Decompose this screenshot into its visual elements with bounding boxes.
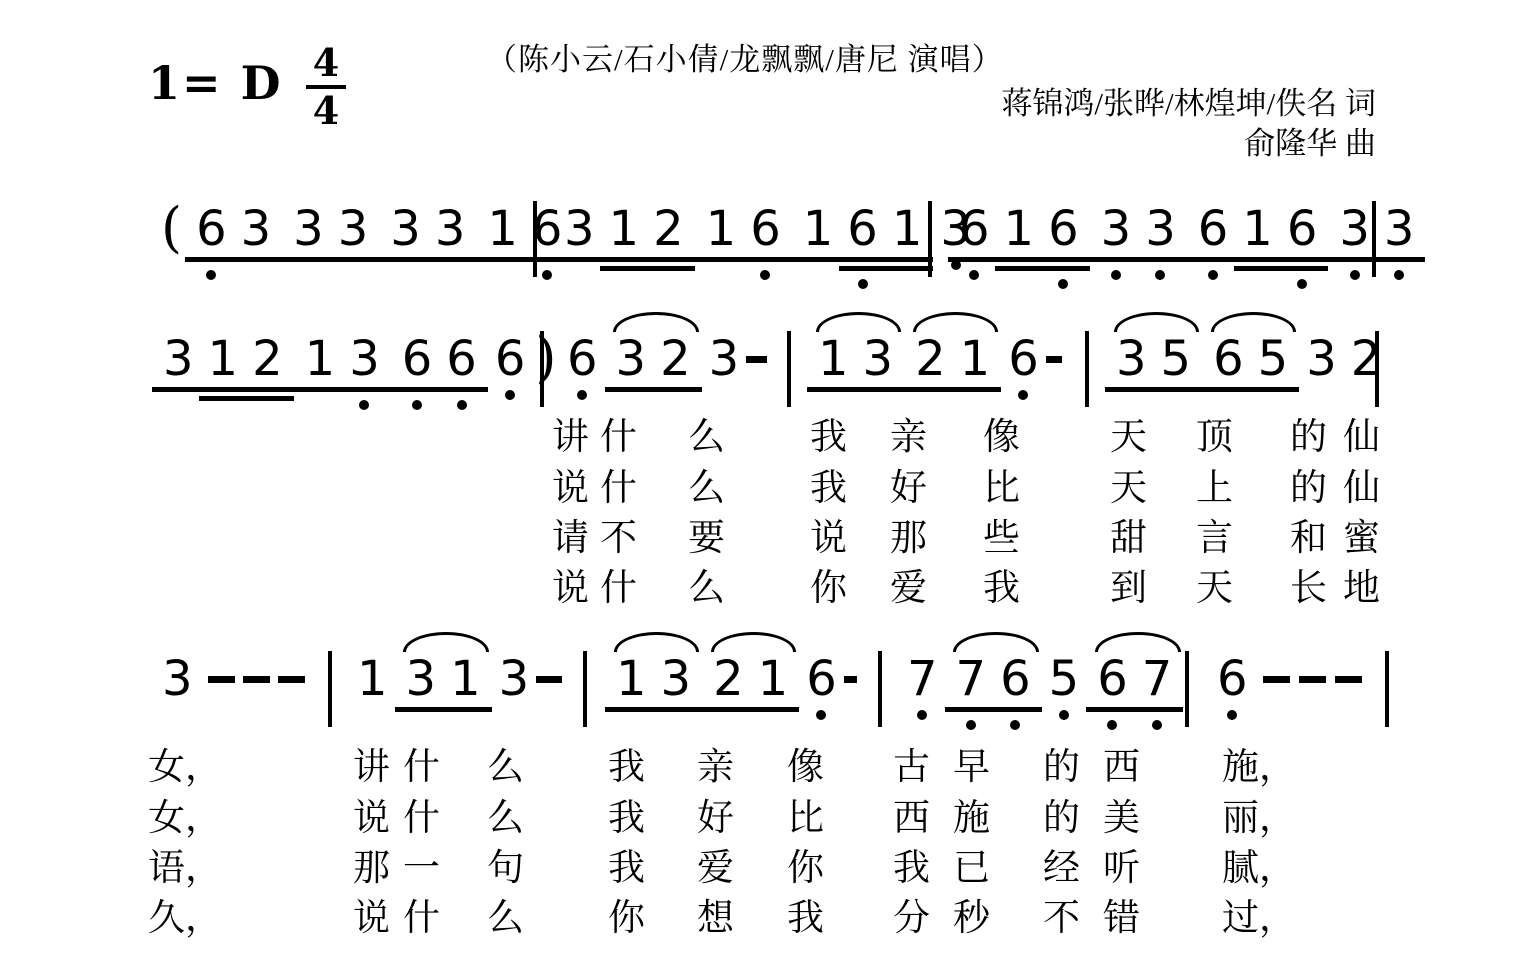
note-digit: 3 [702, 335, 747, 383]
low-octave-dot [1152, 720, 1162, 730]
time-signature-denominator: 4 [304, 92, 348, 130]
beam-group: 616 [1187, 205, 1329, 262]
note-group-inner: 616 [948, 205, 1090, 262]
lyric-syllable: 的 [1043, 799, 1080, 840]
note-digit: 3 [286, 205, 331, 253]
note-group: 21 [904, 335, 1001, 392]
measure: 13216 [605, 655, 857, 712]
note-group-inner: 7 [900, 655, 945, 703]
measure: 776567 [900, 655, 1162, 712]
note-group: 21 [702, 655, 799, 712]
beam-group: 63 [185, 205, 282, 262]
note-group-inner: 6 [560, 335, 605, 383]
lyric-syllable: 不 [1043, 899, 1080, 940]
lyric-syllable: 言 [1196, 519, 1233, 560]
key-signature: 1= D [148, 60, 282, 106]
note-group-inner: 32 [605, 335, 702, 392]
note-digit: 1 [480, 205, 525, 253]
lyric-syllable: 蜜 [1343, 519, 1380, 560]
lyrics-line: 讲什么我亲像天顶的仙 [0, 418, 1536, 464]
note-group-inner: 6 [799, 655, 844, 703]
lyric-syllable: 么 [487, 799, 524, 840]
performers-credit: （陈小云/石小倩/龙飘飘/唐尼 演唱） [486, 44, 1004, 75]
lyric-syllable: 秒 [953, 899, 990, 940]
note-digit: 1 [796, 205, 841, 253]
note-digit: 1 [298, 335, 343, 383]
note-digit: 3 [1299, 335, 1344, 383]
note-group-inner: 35 [1105, 335, 1202, 392]
note-digit: 7 [1135, 655, 1180, 703]
lyric-syllable: 到 [1110, 569, 1147, 610]
note-digit: 3 [331, 205, 376, 253]
note-digit: 6 [952, 205, 997, 253]
lyric-syllable: 么 [688, 418, 725, 459]
note-group-inner: 13 [294, 335, 391, 392]
lyric-syllable: 天 [1110, 469, 1147, 510]
note-group-inner: 5 [1042, 655, 1087, 703]
beam-group: 312 [152, 335, 294, 392]
note-digit: 6 [1001, 335, 1046, 383]
note-digit: 6 [395, 335, 440, 383]
note-group-inner: 312 [152, 335, 294, 392]
lyric-syllable: 说 [810, 519, 847, 560]
lyric-syllable: 分 [893, 899, 930, 940]
note-group-inner: 3 [155, 655, 200, 703]
lyric-syllable: 你 [608, 899, 645, 940]
note-group: 33 [1090, 205, 1187, 262]
barline [1185, 651, 1189, 727]
note-digit: 1 [811, 335, 856, 383]
lyric-syllable: 一 [403, 849, 440, 890]
barline [1385, 651, 1389, 727]
beam-group: 33 [1328, 205, 1425, 262]
note-digit: 3 [383, 205, 428, 253]
note-digit: 3 [856, 335, 901, 383]
note-digit: 3 [1109, 335, 1154, 383]
note-group: 6) [488, 335, 560, 389]
note-group-inner: 312 [553, 205, 695, 262]
note-group: 3 [155, 655, 200, 703]
lyric-syllable: 甜 [1110, 519, 1147, 560]
note-group-inner: 21 [904, 335, 1001, 392]
single-note: 6 [488, 335, 533, 383]
low-octave-dot [816, 710, 826, 720]
barline [1375, 331, 1379, 407]
lyric-syllable: 的 [1290, 418, 1327, 459]
lyric-syllable: 那 [890, 519, 927, 560]
lyric-syllable: 什 [600, 418, 637, 459]
beam-group: 33 [379, 205, 476, 262]
beam-group: 33 [1090, 205, 1187, 262]
low-octave-dot [505, 390, 515, 400]
note-digit: 2 [908, 335, 953, 383]
note-digit: 1 [201, 335, 246, 383]
note-group: 33 [282, 205, 379, 262]
lyrics-line: 女，讲什么我亲像古早的西施， [0, 748, 1536, 794]
barline [533, 201, 537, 277]
note-group: 161 [792, 205, 934, 262]
note-group-inner: 21 [702, 655, 799, 712]
note-group: 6 [799, 655, 844, 703]
lyric-syllable: 爱 [697, 849, 734, 890]
measure: 3 [155, 655, 305, 703]
lyric-syllable: 古 [893, 748, 930, 789]
dash-extension [746, 356, 767, 363]
note-group-inner: 3 [492, 655, 537, 703]
note-digit: 5 [1251, 335, 1296, 383]
lyrics-block-2: 女，讲什么我亲像古早的西施，女，说什么我好比西施的美丽，语，那一句我爱你我已经听… [0, 748, 1536, 958]
dash-extension [243, 676, 270, 683]
note-group: 2 [1344, 335, 1389, 383]
beam-group: 66 [391, 335, 488, 392]
low-octave-dot [1227, 710, 1237, 720]
note-group-inner: 33 [282, 205, 379, 262]
lyric-syllable: 像 [983, 418, 1020, 459]
beam-group: 21 [702, 655, 799, 712]
dash-extension [208, 676, 235, 683]
lyrics-line: 语，那一句我爱你我已经听腻， [0, 849, 1536, 895]
single-note: 2 [1344, 335, 1389, 383]
lyric-syllable: 说 [353, 899, 390, 940]
note-group-inner: 6 [1210, 655, 1255, 703]
note-digit: 2 [646, 205, 691, 253]
lyric-syllable: 过， [1222, 899, 1296, 940]
lyric-syllable: 句 [487, 849, 524, 890]
note-group-inner: 1 [350, 655, 395, 703]
lyric-syllable: 错 [1103, 899, 1140, 940]
measure: 13216 [807, 335, 1062, 392]
lyric-syllable: 我 [983, 569, 1020, 610]
lyric-syllable: 我 [893, 849, 930, 890]
note-group: 5 [1042, 655, 1087, 703]
note-digit: 3 [557, 205, 602, 253]
low-octave-dot [1394, 270, 1404, 280]
note-group: 6 [1001, 335, 1046, 383]
note-digit: 1 [953, 335, 998, 383]
lyric-syllable: 讲 [552, 418, 589, 459]
lyrics-line: 说什么你爱我到天长地 [0, 569, 1536, 615]
measure: 31213666) [152, 335, 524, 392]
note-digit: 1 [885, 205, 930, 253]
note-digit: 1 [350, 655, 395, 703]
beam-group: 67 [1086, 655, 1183, 712]
note-digit: 6 [1090, 655, 1135, 703]
lyric-syllable: 已 [953, 849, 990, 890]
note-digit: 2 [1344, 335, 1389, 383]
lyric-syllable: 听 [1103, 849, 1140, 890]
lyric-syllable: 施 [953, 799, 990, 840]
low-octave-dot [359, 400, 369, 410]
low-octave-dot [542, 270, 552, 280]
note-group: 312 [553, 205, 695, 262]
beam-group: 35 [1105, 335, 1202, 392]
barline [328, 651, 332, 727]
lyric-syllable: 我 [810, 469, 847, 510]
lyric-syllable: 么 [487, 899, 524, 940]
low-octave-dot [1058, 279, 1068, 289]
single-note: 5 [1042, 655, 1087, 703]
note-group: 7 [900, 655, 945, 703]
lyric-syllable: 地 [1343, 569, 1380, 610]
note-digit: 6 [1206, 335, 1251, 383]
note-digit: 3 [1138, 205, 1183, 253]
note-digit: 2 [653, 335, 698, 383]
note-group-inner: 67 [1086, 655, 1183, 712]
low-octave-dot [1208, 270, 1218, 280]
lyric-syllable: 什 [600, 569, 637, 610]
slur-arc [1095, 632, 1181, 652]
lyric-syllable: 什 [403, 799, 440, 840]
lyric-syllable: 么 [487, 748, 524, 789]
lyric-syllable: 我 [608, 799, 645, 840]
low-octave-dot [1107, 720, 1117, 730]
note-group: 13 [605, 655, 702, 712]
lyric-syllable: 说 [552, 569, 589, 610]
lyric-syllable: 爱 [890, 569, 927, 610]
note-group: 3 [492, 655, 537, 703]
lyrics-line: 女，说什么我好比西施的美丽， [0, 799, 1536, 845]
beam-group: 16 [695, 205, 792, 262]
lyric-syllable: 丽， [1222, 799, 1296, 840]
lyric-syllable: 说 [353, 799, 390, 840]
lyric-syllable: 久， [148, 899, 222, 940]
note-digit: 6 [799, 655, 844, 703]
low-octave-dot [969, 270, 979, 280]
lyric-syllable: 的 [1043, 748, 1080, 789]
note-digit: 2 [245, 335, 290, 383]
notation-line-1: (63333316 312161613 6163361633 [0, 205, 1536, 335]
lyric-syllable: 什 [600, 469, 637, 510]
dash-extension [1335, 676, 1362, 683]
lyric-syllable: 仙 [1343, 418, 1380, 459]
note-digit: 7 [949, 655, 994, 703]
note-digit: 6 [439, 335, 484, 383]
lyric-syllable: 些 [983, 519, 1020, 560]
note-group: 32 [605, 335, 702, 392]
lyric-syllable: 施， [1222, 748, 1296, 789]
beam-group: 21 [904, 335, 1001, 392]
note-digit: 2 [706, 655, 751, 703]
low-octave-dot [1059, 710, 1069, 720]
note-group-inner: 33 [1328, 205, 1425, 262]
measure: 6163361633 [948, 205, 1358, 262]
note-digit: 1 [443, 655, 488, 703]
lyric-syllable: 我 [608, 849, 645, 890]
lyric-syllable: 想 [697, 899, 734, 940]
note-group: (63 [158, 205, 282, 262]
low-octave-dot [917, 710, 927, 720]
note-digit: 1 [602, 205, 647, 253]
lyric-syllable: 经 [1043, 849, 1080, 890]
barline [1372, 201, 1376, 277]
note-group-inner: 13 [807, 335, 904, 392]
note-group: 6 [560, 335, 605, 383]
lyric-syllable: 亲 [890, 418, 927, 459]
note-digit: 1 [699, 205, 744, 253]
slur-arc [953, 632, 1039, 652]
low-octave-dot [1018, 390, 1028, 400]
lyric-syllable: 天 [1196, 569, 1233, 610]
single-note: 6 [560, 335, 605, 383]
note-digit: 3 [155, 655, 200, 703]
note-group-inner: 6 [488, 335, 533, 383]
lyric-syllable: 什 [403, 748, 440, 789]
beam-group: 161 [792, 205, 934, 262]
note-digit: 7 [900, 655, 945, 703]
note-group-inner: 65 [1202, 335, 1299, 392]
beam-group: 32 [605, 335, 702, 392]
note-group-inner: 66 [391, 335, 488, 392]
note-group-inner: 3 [702, 335, 747, 383]
sixteenth-beam [199, 396, 293, 401]
single-note: 3 [492, 655, 537, 703]
single-note: 6 [1210, 655, 1255, 703]
time-signature-numerator: 4 [304, 44, 348, 82]
note-group: 67 [1086, 655, 1183, 712]
note-group-inner: 76 [945, 655, 1042, 712]
measure: (63333316 [158, 205, 533, 262]
note-group-inner: 63 [185, 205, 282, 262]
measure: 6323 [560, 335, 767, 392]
dash-extension [1046, 356, 1062, 363]
low-octave-dot [858, 279, 868, 289]
note-group: 65 [1202, 335, 1299, 392]
lyric-syllable: 上 [1196, 469, 1233, 510]
note-group-inner: 161 [792, 205, 934, 262]
note-digit: 1 [609, 655, 654, 703]
note-digit: 3 [609, 335, 654, 383]
measure: 356532 [1105, 335, 1357, 392]
note-group-inner: 3 [1299, 335, 1344, 383]
low-octave-dot [457, 400, 467, 410]
lyric-syllable: 不 [600, 519, 637, 560]
note-digit: 6 [1041, 205, 1086, 253]
note-digit: 3 [1094, 205, 1139, 253]
low-octave-dot [1155, 270, 1165, 280]
note-group: 1 [350, 655, 395, 703]
lyric-syllable: 女， [148, 799, 222, 840]
low-octave-dot [412, 400, 422, 410]
barline [540, 331, 544, 407]
note-group: 76 [945, 655, 1042, 712]
note-digit: 6 [993, 655, 1038, 703]
lyric-syllable: 好 [890, 469, 927, 510]
note-group: 33 [1328, 205, 1425, 262]
open-paren: ( [158, 201, 185, 255]
lyric-syllable: 讲 [353, 748, 390, 789]
note-digit: 6 [1280, 205, 1325, 253]
lyric-syllable: 你 [810, 569, 847, 610]
sixteenth-beam [995, 266, 1089, 271]
lyric-syllable: 顶 [1196, 418, 1233, 459]
note-group: 6 [1210, 655, 1255, 703]
lyric-syllable: 么 [688, 569, 725, 610]
note-digit: 3 [399, 655, 444, 703]
dash-extension [278, 676, 305, 683]
note-digit: 3 [654, 655, 699, 703]
lyric-syllable: 天 [1110, 418, 1147, 459]
note-group-inner: 13 [605, 655, 702, 712]
barline [878, 651, 882, 727]
measure: 6 [1210, 655, 1362, 703]
low-octave-dot [1297, 279, 1307, 289]
note-digit: 6 [743, 205, 788, 253]
single-note: 7 [900, 655, 945, 703]
beam-group: 31 [395, 655, 492, 712]
lyric-syllable: 女， [148, 748, 222, 789]
lyric-syllable: 语， [148, 849, 222, 890]
sixteenth-beam [839, 266, 933, 271]
beam-group: 33 [282, 205, 379, 262]
barline [1085, 331, 1089, 407]
barline [583, 651, 587, 727]
note-group: 66 [391, 335, 488, 392]
note-group: 33 [379, 205, 476, 262]
note-group: 16 [695, 205, 792, 262]
lyric-syllable: 仙 [1343, 469, 1380, 510]
note-group-inner: 2 [1344, 335, 1389, 383]
sixteenth-beam [600, 266, 694, 271]
lyric-syllable: 我 [608, 748, 645, 789]
low-octave-dot [1350, 270, 1360, 280]
lyric-syllable: 我 [810, 418, 847, 459]
beam-group: 312 [553, 205, 695, 262]
beam-group: 13 [605, 655, 702, 712]
lyrics-line: 请不要说那些甜言和蜜 [0, 519, 1536, 565]
close-paren: ) [532, 331, 559, 385]
lyric-syllable: 亲 [697, 748, 734, 789]
lyric-syllable: 西 [893, 799, 930, 840]
dash-extension [844, 676, 857, 683]
note-group: 13 [294, 335, 391, 392]
lyric-syllable: 比 [787, 799, 824, 840]
note-group: 3 [702, 335, 747, 383]
note-digit: 3 [156, 335, 201, 383]
note-digit: 1 [997, 205, 1042, 253]
slur-arc [403, 632, 489, 652]
lyrics-block-1: 讲什么我亲像天顶的仙说什么我好比天上的仙请不要说那些甜言和蜜说什么你爱我到天长地 [0, 418, 1536, 628]
lyric-syllable: 说 [552, 469, 589, 510]
dash-extension [536, 676, 562, 683]
lyric-syllable: 请 [552, 519, 589, 560]
beam-group: 13 [807, 335, 904, 392]
single-note: 3 [155, 655, 200, 703]
note-group: 616 [1187, 205, 1329, 262]
slur-arc [614, 632, 700, 652]
low-octave-dot [1010, 720, 1020, 730]
lyric-syllable: 像 [787, 748, 824, 789]
lyric-syllable: 比 [983, 469, 1020, 510]
note-group: 616 [948, 205, 1090, 262]
note-group-inner: 33 [1090, 205, 1187, 262]
beam-group: 616 [948, 205, 1090, 262]
lyric-syllable: 的 [1290, 469, 1327, 510]
single-note: 1 [350, 655, 395, 703]
lyric-syllable: 早 [953, 748, 990, 789]
low-octave-dot [966, 720, 976, 730]
note-digit: 5 [1154, 335, 1199, 383]
lyric-syllable: 长 [1290, 569, 1327, 610]
dash-extension [1299, 676, 1326, 683]
lyric-syllable: 么 [688, 469, 725, 510]
note-digit: 6 [1210, 655, 1255, 703]
lyric-syllable: 你 [787, 849, 824, 890]
note-group-inner: 616 [1187, 205, 1329, 262]
note-digit: 3 [234, 205, 279, 253]
lyric-syllable: 和 [1290, 519, 1327, 560]
note-digit: 6 [488, 335, 533, 383]
measure: 312161613 [553, 205, 911, 262]
